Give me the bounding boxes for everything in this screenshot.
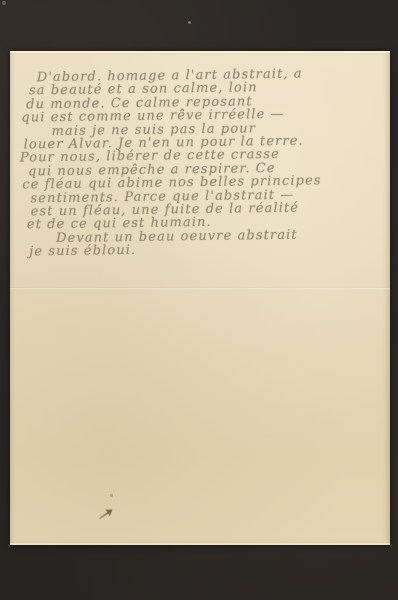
pencil-dot-mark xyxy=(110,494,113,497)
manuscript-page: D'abord. homage a l'art abstrait, a sa b… xyxy=(10,51,390,545)
handwritten-text: D'abord. homage a l'art abstrait, a sa b… xyxy=(9,66,392,259)
dust-speck xyxy=(2,1,6,5)
photo-backdrop: D'abord. homage a l'art abstrait, a sa b… xyxy=(0,0,398,600)
dust-speck xyxy=(188,21,191,24)
pencil-arrow-mark xyxy=(97,505,116,522)
fold-crease xyxy=(10,287,390,290)
